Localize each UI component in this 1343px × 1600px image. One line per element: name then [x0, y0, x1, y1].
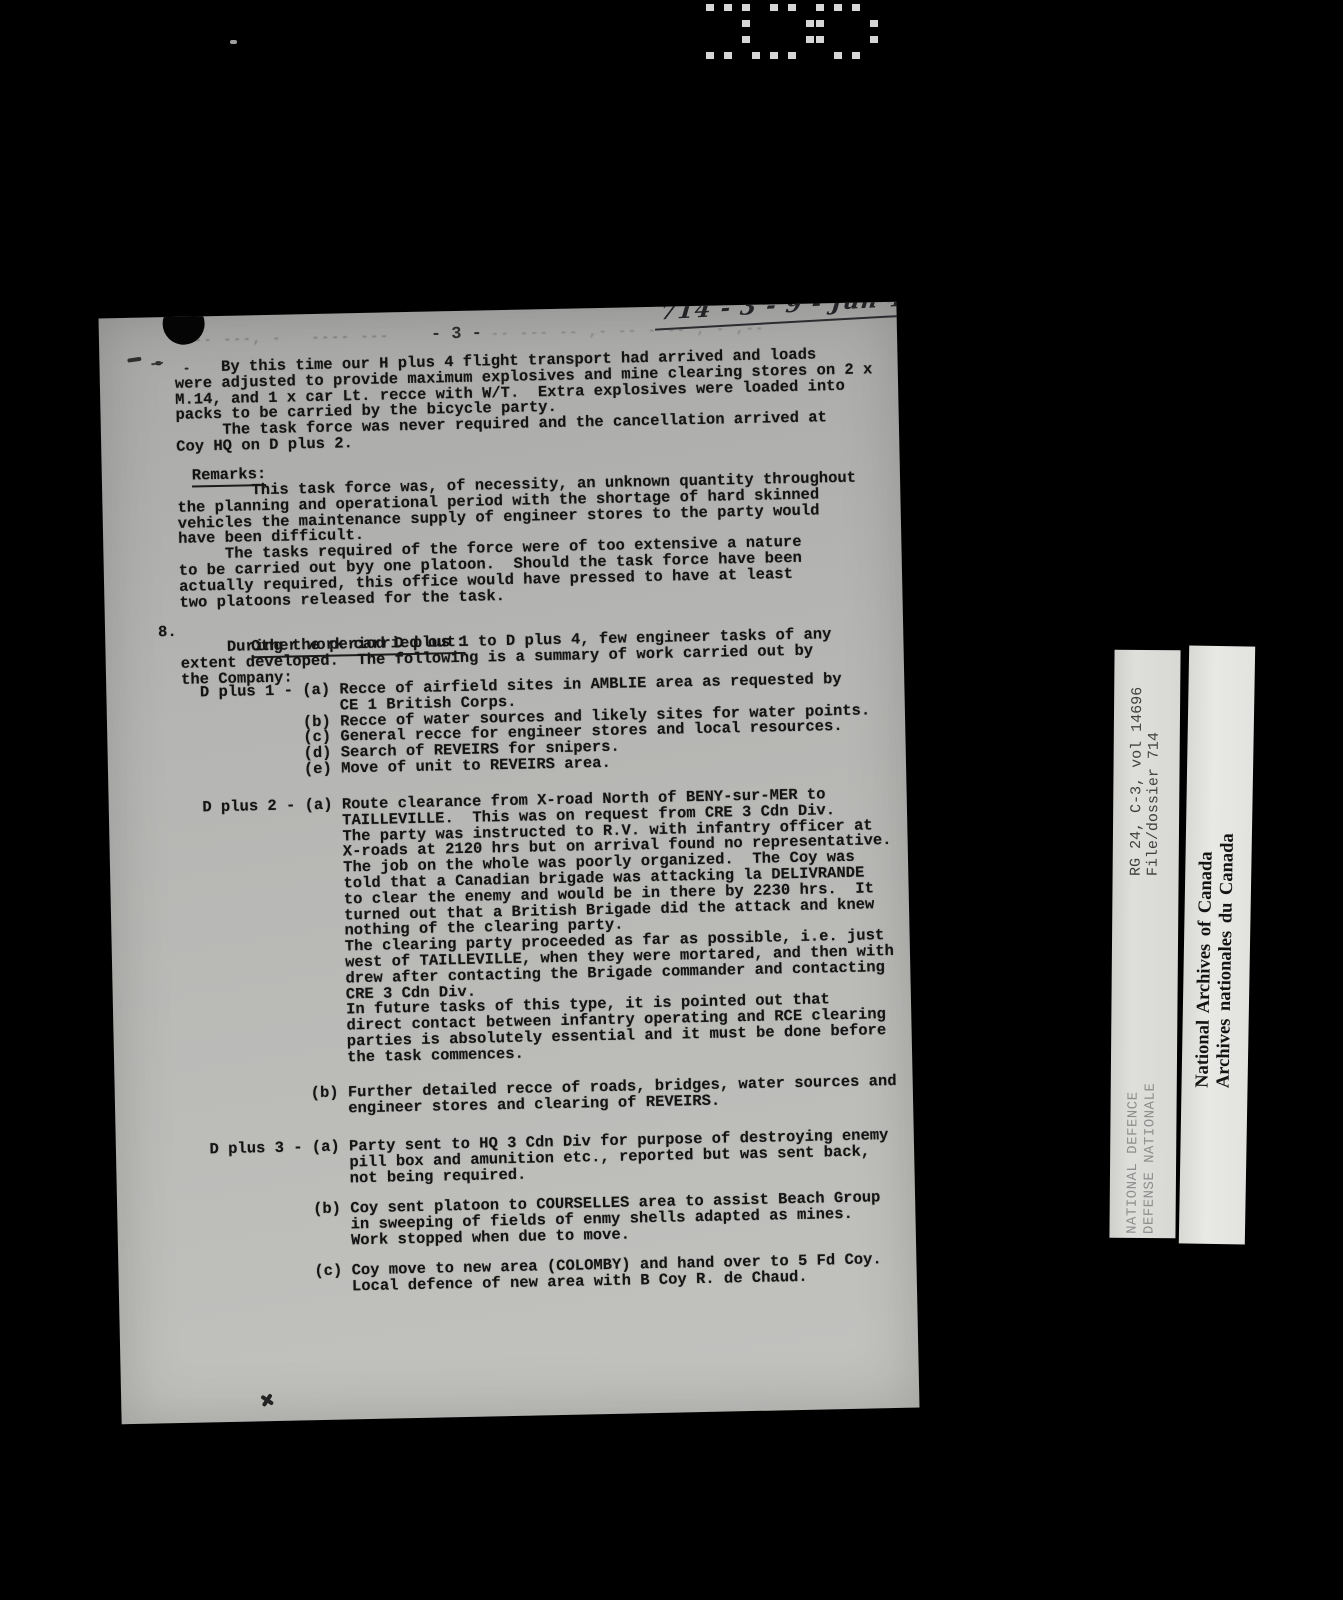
archive-label-strip-archives: National Archives of Canada Archives nat… — [1179, 645, 1255, 1244]
paragraph-transport: By this time our H plus 4 flight transpo… — [174, 346, 873, 455]
national-defence-label: NATIONAL DEFENCE DEFENSE NATIONALE — [1124, 1068, 1158, 1234]
section-number: 8. — [158, 625, 177, 641]
national-defence-wrap: NATIONAL DEFENCE DEFENSE NATIONALE — [1124, 1068, 1158, 1234]
paragraph-remarks: This task force was, of necessity, an un… — [177, 471, 859, 612]
list-d-plus-3a: D plus 3 - (a) Party sent to HQ 3 Cdn Di… — [191, 1128, 889, 1190]
archive-reference-label: RG 24, C-3, vol 14696 File/dossier 714 — [1128, 664, 1164, 876]
film-speck — [230, 40, 237, 44]
margin-pencil-marks — [127, 357, 141, 363]
list-d-plus-3c: (c) Coy move to new area (COLOMBY) and h… — [193, 1252, 882, 1298]
national-archives-label: National Archives of Canada Archives nat… — [1193, 822, 1240, 1089]
ink-specks — [155, 361, 161, 365]
list-d-plus-2a: D plus 2 - (a) Route clearance from X-ro… — [184, 786, 896, 1069]
film-frame-number — [688, 0, 888, 76]
document-page: 714 - 3 - 9 - Jun 44 -- ---, - ---- --- … — [99, 302, 920, 1424]
national-archives-wrap: National Archives of Canada Archives nat… — [1193, 822, 1242, 1089]
list-d-plus-2b: (b) Further detailed recce of roads, bri… — [190, 1074, 897, 1120]
ink-blot-mark — [259, 1393, 273, 1407]
list-d-plus-1: D plus 1 - (a) Recce of airfield sites i… — [181, 671, 871, 780]
archive-reference-wrap: RG 24, C-3, vol 14696 File/dossier 714 — [1128, 664, 1164, 876]
archive-label-strip-defence: RG 24, C-3, vol 14696 File/dossier 714 N… — [1109, 650, 1180, 1239]
list-d-plus-3b: (b) Coy sent platoon to COURSELLES area … — [192, 1190, 881, 1252]
typed-text-area: By this time our H plus 4 flight transpo… — [173, 302, 919, 1423]
